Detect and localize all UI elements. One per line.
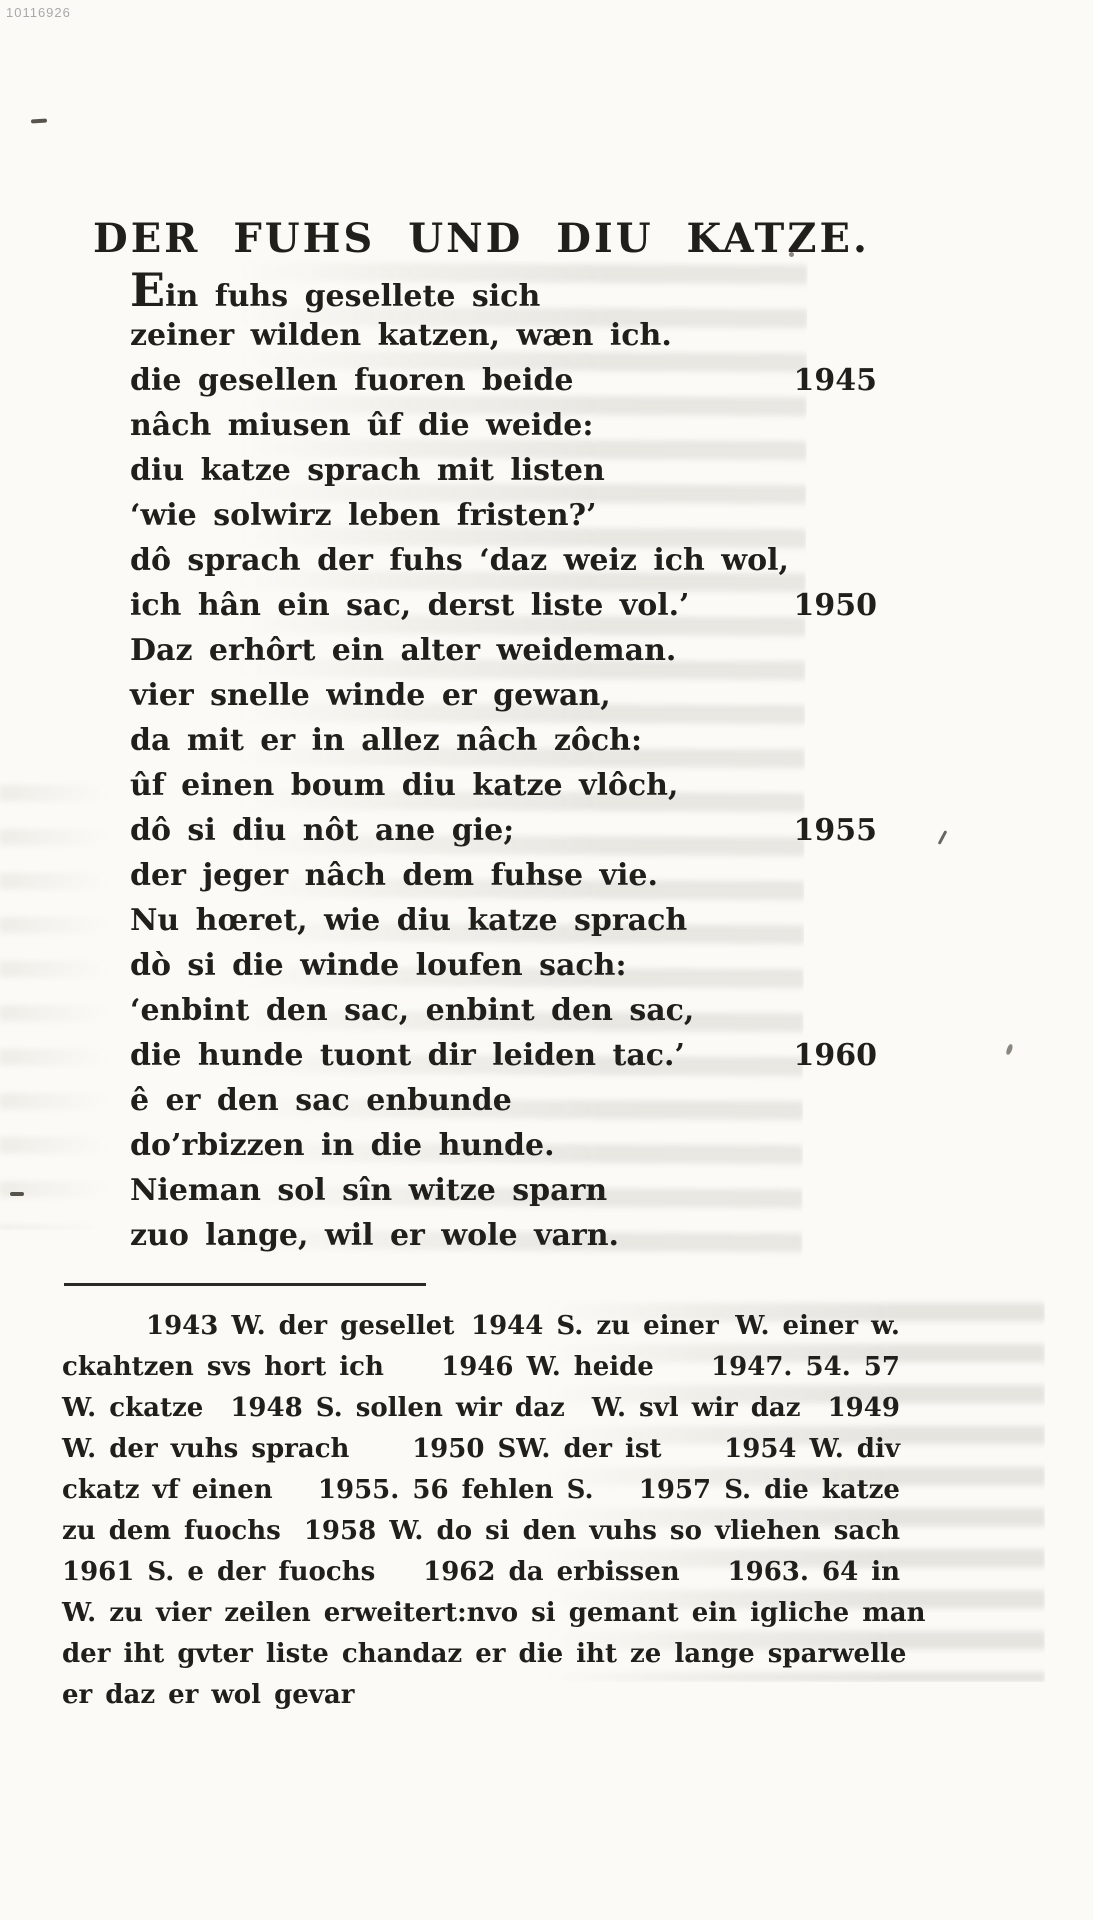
apparatus-entry: der iht gvter liste chan xyxy=(62,1634,412,1675)
poem-line-text: ê er den sac enbunde xyxy=(130,1078,512,1123)
apparatus-entry: 1944 S. zu einer xyxy=(471,1306,719,1347)
apparatus-line: 1961 S. e der fuochs 1962 da erbissen 19… xyxy=(62,1552,900,1593)
poem-line-text: diu katze sprach mit listen xyxy=(130,448,605,493)
poem-line: Nu hœret, wie diu katze sprach xyxy=(130,898,877,943)
apparatus-entry: ckatz vf einen xyxy=(62,1470,273,1511)
apparatus-line: zu dem fuochs 1958 W. do si den vuhs so … xyxy=(62,1511,900,1552)
apparatus-entry: W. zu vier zeilen erweitert: xyxy=(62,1593,467,1634)
poem-line-text: Nu hœret, wie diu katze sprach xyxy=(130,898,687,943)
apparatus-entry: 1947. 54. 57 xyxy=(711,1347,900,1388)
apparatus-line: W. ckatze 1948 S. sollen wir daz W. svl … xyxy=(62,1388,900,1429)
apparatus-entry: nvo si gemant ein igliche man xyxy=(467,1593,926,1634)
apparatus-entry: 1943 W. der gesellet xyxy=(146,1306,454,1347)
poem-line: der jeger nâch dem fuhse vie. xyxy=(130,853,877,898)
poem-line: ûf einen boum diu katze vlôch, xyxy=(130,763,877,808)
poem-line: nâch miusen ûf die weide: xyxy=(130,403,877,448)
apparatus-entry: ckahtzen svs hort ich xyxy=(62,1347,384,1388)
poem-line-text: ‘wie solwirz leben fristen?’ xyxy=(130,493,597,538)
poem-line: vier snelle winde er gewan, xyxy=(130,673,877,718)
apparatus-entry: 1955. 56 fehlen S. xyxy=(318,1470,594,1511)
apparatus-entry: 1957 S. die katze xyxy=(639,1470,900,1511)
poem-line-text: vier snelle winde er gewan, xyxy=(130,673,611,718)
verse-number: 1950 xyxy=(794,583,878,628)
poem-line-text: da mit er in allez nâch zôch: xyxy=(130,718,642,763)
ink-speck xyxy=(1005,1043,1013,1055)
apparatus-line: W. der vuhs sprach 1950 SW. der ist 1954… xyxy=(62,1429,900,1470)
verse-number: 1955 xyxy=(794,808,878,853)
poem-line-text: die hunde tuont dir leiden tac.’ xyxy=(130,1033,685,1078)
poem-body: Ein fuhs gesellete sich zeiner wilden ka… xyxy=(130,268,877,1258)
poem-line: ê er den sac enbunde xyxy=(130,1078,877,1123)
poem-line: diu katze sprach mit listen xyxy=(130,448,877,493)
poem-line-text: der jeger nâch dem fuhse vie. xyxy=(130,853,658,898)
apparatus-entry: 1948 S. sollen wir daz xyxy=(230,1388,564,1429)
apparatus-entry: 1950 SW. der ist xyxy=(412,1429,661,1470)
apparatus-entry: welle xyxy=(831,1634,906,1675)
apparatus-entry: 1961 S. e der fuochs xyxy=(62,1552,375,1593)
page-title: DER FUHS UND DIU KATZE. xyxy=(93,215,853,262)
ink-speck xyxy=(31,118,47,123)
poem-line: zuo lange, wil er wole varn. xyxy=(130,1213,877,1258)
apparatus-entry: zu dem fuochs xyxy=(62,1511,281,1552)
poem-line: ‘enbint den sac, enbint den sac, xyxy=(130,988,877,1033)
apparatus-entry: W. ckatze xyxy=(62,1388,203,1429)
poem-line-text: dô sprach der fuhs ‘daz weiz ich wol, xyxy=(130,538,789,583)
apparatus-entry: W. svl wir daz xyxy=(592,1388,801,1429)
poem-line-text: Daz erhôrt ein alter weideman. xyxy=(130,628,676,673)
poem-line-text: zuo lange, wil er wole varn. xyxy=(130,1213,619,1258)
poem-line-text: zeiner wilden katzen, wæn ich. xyxy=(130,313,672,358)
apparatus-entry: 1946 W. heide xyxy=(441,1347,654,1388)
apparatus-entry: 1949 xyxy=(828,1388,900,1429)
apparatus-entry: 1962 da erbissen xyxy=(423,1552,680,1593)
poem-line: zeiner wilden katzen, wæn ich. xyxy=(130,313,877,358)
apparatus-entry: 1963. 64 in xyxy=(728,1552,900,1593)
poem-line: die hunde tuont dir leiden tac.’1960 xyxy=(130,1033,877,1078)
poem-line: dô si diu nôt ane gie;1955 xyxy=(130,808,877,853)
poem-line-text: dô si diu nôt ane gie; xyxy=(130,808,514,853)
poem-line-text: do’rbizzen in die hunde. xyxy=(130,1123,555,1168)
verse-number: 1960 xyxy=(794,1033,878,1078)
poem-line-text: Nieman sol sîn witze sparn xyxy=(130,1168,607,1213)
scan-id: 10116926 xyxy=(6,5,71,20)
poem-line-text: die gesellen fuoren beide xyxy=(130,358,573,403)
poem-line: ich hân ein sac, derst liste vol.’1950 xyxy=(130,583,877,628)
poem-line: ‘wie solwirz leben fristen?’ xyxy=(130,493,877,538)
poem-line: dò si die winde loufen sach: xyxy=(130,943,877,988)
poem-line: Ein fuhs gesellete sich xyxy=(130,268,877,313)
apparatus-entry: er daz er wol gevar xyxy=(62,1675,354,1716)
apparatus-entry: 1958 W. do si den vuhs so vliehen sach xyxy=(304,1511,900,1552)
apparatus-line: W. zu vier zeilen erweitert: nvo si gema… xyxy=(62,1593,900,1634)
poem-line: da mit er in allez nâch zôch: xyxy=(130,718,877,763)
critical-apparatus: 1943 W. der gesellet 1944 S. zu einer W.… xyxy=(62,1306,900,1716)
ink-speck xyxy=(938,830,948,845)
poem-line: Nieman sol sîn witze sparn xyxy=(130,1168,877,1213)
apparatus-entry: W. einer w. xyxy=(735,1306,900,1347)
poem-line: Daz erhôrt ein alter weideman. xyxy=(130,628,877,673)
poem-line-text: ich hân ein sac, derst liste vol.’ xyxy=(130,583,690,628)
scanned-book-page: 10116926 DER FUHS UND DIU KATZE. Ein fuh… xyxy=(0,0,1093,1920)
apparatus-line: der iht gvter liste chan daz er die iht … xyxy=(62,1634,900,1675)
apparatus-line: ckatz vf einen 1955. 56 fehlen S. 1957 S… xyxy=(62,1470,900,1511)
bleedthrough-text-verso xyxy=(0,770,120,1230)
apparatus-entry: daz er die iht ze lange spar xyxy=(412,1634,831,1675)
apparatus-entry: 1954 W. div xyxy=(724,1429,900,1470)
apparatus-line: 1943 W. der gesellet 1944 S. zu einer W.… xyxy=(62,1306,900,1347)
poem-line-text: ‘enbint den sac, enbint den sac, xyxy=(130,988,694,1033)
ink-speck xyxy=(10,1192,24,1196)
poem-line: dô sprach der fuhs ‘daz weiz ich wol, xyxy=(130,538,877,583)
apparatus-line: ckahtzen svs hort ich 1946 W. heide 1947… xyxy=(62,1347,900,1388)
apparatus-entry: W. der vuhs sprach xyxy=(62,1429,349,1470)
verse-number: 1945 xyxy=(794,358,878,403)
poem-line: die gesellen fuoren beide1945 xyxy=(130,358,877,403)
apparatus-line: er daz er wol gevar xyxy=(62,1675,900,1716)
poem-line-text: dò si die winde loufen sach: xyxy=(130,943,627,988)
footnote-divider-rule xyxy=(64,1283,426,1286)
poem-line-text: nâch miusen ûf die weide: xyxy=(130,403,593,448)
poem-line: do’rbizzen in die hunde. xyxy=(130,1123,877,1168)
poem-line-text: ûf einen boum diu katze vlôch, xyxy=(130,763,678,808)
poem-line-text: Ein fuhs gesellete sich xyxy=(130,268,540,319)
